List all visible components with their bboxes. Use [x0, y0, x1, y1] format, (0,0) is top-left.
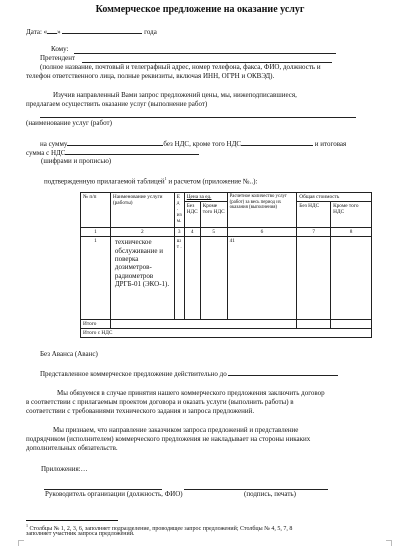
- row-quantity: 41: [227, 237, 297, 320]
- col-number: 8: [331, 228, 372, 237]
- applicant-label: Претендент: [40, 54, 75, 62]
- signature-right-caption: (подпись, печать): [244, 490, 296, 499]
- col-number: 1: [81, 228, 111, 237]
- col-number: 3: [174, 228, 184, 237]
- vat-field[interactable]: [241, 139, 313, 146]
- attachments-label: Приложения:…: [41, 465, 88, 474]
- applicant-hint-1: (полное название, почтовый и телеграфный…: [40, 63, 321, 72]
- date-month-field[interactable]: [62, 27, 142, 34]
- total-label: Итого: [81, 320, 111, 329]
- header-num: № п/п: [81, 193, 111, 228]
- row-unit: шт .: [174, 237, 184, 320]
- footnote-separator: [26, 520, 118, 521]
- date-line: Дата: «» года: [26, 27, 157, 37]
- confirmed-text: подтвержденную прилагаемой таблицей: [44, 177, 165, 185]
- to-label: Кому:: [51, 45, 68, 53]
- acknowledge-line-2: подрядчиком (исполнителем) коммерческого…: [26, 435, 310, 444]
- obligation-line-3: соответствии с требованиями технического…: [26, 407, 254, 416]
- acknowledge-line-1: Мы признаем, что направление заказчиком …: [53, 426, 298, 435]
- header-total: Общая стоимость: [297, 193, 372, 202]
- no-advance-text: Без Аванса (Аванс): [40, 350, 98, 359]
- header-total-no-vat: Без НДС: [297, 202, 331, 228]
- row-total-no-vat[interactable]: [297, 237, 331, 320]
- total-no-vat-value[interactable]: [297, 320, 331, 329]
- valid-until-line: Представленное коммерческое предложение …: [40, 369, 338, 379]
- to-line: Кому:: [51, 45, 68, 54]
- row-num: 1: [81, 237, 111, 320]
- date-quote-close: »: [57, 28, 61, 36]
- col-number: 7: [297, 228, 331, 237]
- acknowledge-line-3: дополнительных обязательств.: [26, 444, 118, 453]
- valid-until-label: Представленное коммерческое предложение …: [40, 370, 227, 378]
- sum-total-label: и итоговая: [315, 140, 346, 148]
- col-number: 4: [184, 228, 200, 237]
- confirmed-line: подтвержденную прилагаемой таблицей1 и р…: [44, 176, 257, 186]
- date-day-field[interactable]: [47, 27, 57, 34]
- total-row: Итого: [81, 320, 372, 329]
- total-value: [110, 320, 296, 329]
- intro-line-2: предлагаем осуществить оказание услуг (в…: [26, 100, 207, 109]
- footnote-number: 1: [26, 523, 28, 528]
- header-total-extra-vat: Кроме того НДС: [331, 202, 372, 228]
- sum-no-vat-field[interactable]: [67, 139, 163, 146]
- header-unit-price: Цена за ед.: [184, 193, 227, 202]
- total-extra-vat-value[interactable]: [331, 320, 372, 329]
- sum-no-vat-label: без НДС, кроме того НДС: [163, 140, 241, 148]
- table-row: 1 техническое обслуживание и поверка доз…: [81, 237, 372, 320]
- header-unit-price-extra-vat: Кроме того НДС: [200, 202, 227, 228]
- applicant-hint-2: телефон ответственного лица, полные рекв…: [26, 72, 274, 81]
- pricing-table: № п/п Наименование услуги (работы) Ед . …: [80, 192, 372, 338]
- total-vat-label: Итого с НДС: [81, 329, 372, 338]
- column-numbers-row: 1 2 3 4 5 6 7 8: [81, 228, 372, 237]
- valid-until-field[interactable]: [228, 369, 338, 376]
- total-vat-row: Итого с НДС: [81, 329, 372, 338]
- sum-prefix: на сумму: [40, 140, 67, 148]
- obligation-line-1: Мы обязуемся в случае принятия нашего ко…: [57, 389, 325, 398]
- row-total-extra-vat[interactable]: [331, 237, 372, 320]
- applicant-line: Претендент: [40, 54, 75, 63]
- page-corner-mark-right: [386, 540, 392, 546]
- date-label: Дата:: [26, 28, 42, 36]
- confirmed-text-tail: и расчетом (приложение №..):: [167, 177, 258, 185]
- page-corner-mark-left: [18, 540, 24, 546]
- date-year-label: года: [144, 28, 157, 36]
- header-unit: Ед . из м.: [174, 193, 184, 228]
- signature-left-caption: Руководитель организации (должность, ФИО…: [45, 490, 183, 499]
- footnote-line-2: заполняет участник запроса предложений.: [26, 531, 134, 539]
- to-field[interactable]: [74, 53, 336, 54]
- header-quantity: Расчетное количество услуг (работ) за ве…: [227, 193, 297, 228]
- header-unit-price-no-vat: Без НДС: [184, 202, 200, 228]
- sum-hint: (шифрами и прописью): [41, 157, 111, 166]
- sum-with-vat-label: сумма с НДС: [26, 149, 65, 157]
- sum-with-vat-field[interactable]: [65, 148, 199, 155]
- row-unit-price-no-vat[interactable]: [184, 237, 200, 320]
- service-name-field[interactable]: [40, 117, 356, 118]
- col-number: 5: [200, 228, 227, 237]
- row-service-name: техническое обслуживание и поверка дозим…: [110, 237, 174, 320]
- obligation-line-2: в соответствии с прилагаемым проектом до…: [26, 398, 294, 407]
- document-title: Коммерческое предложение на оказание усл…: [0, 4, 400, 17]
- table-header-row: № п/п Наименование услуги (работы) Ед . …: [81, 193, 372, 202]
- header-name: Наименование услуги (работы): [110, 193, 174, 228]
- col-number: 2: [110, 228, 174, 237]
- service-name-hint: (наименование услуг (работ): [26, 119, 112, 128]
- row-unit-price-extra-vat[interactable]: [200, 237, 227, 320]
- col-number: 6: [227, 228, 297, 237]
- intro-line-1: Изучив направленный Вами запрос предложе…: [53, 91, 297, 100]
